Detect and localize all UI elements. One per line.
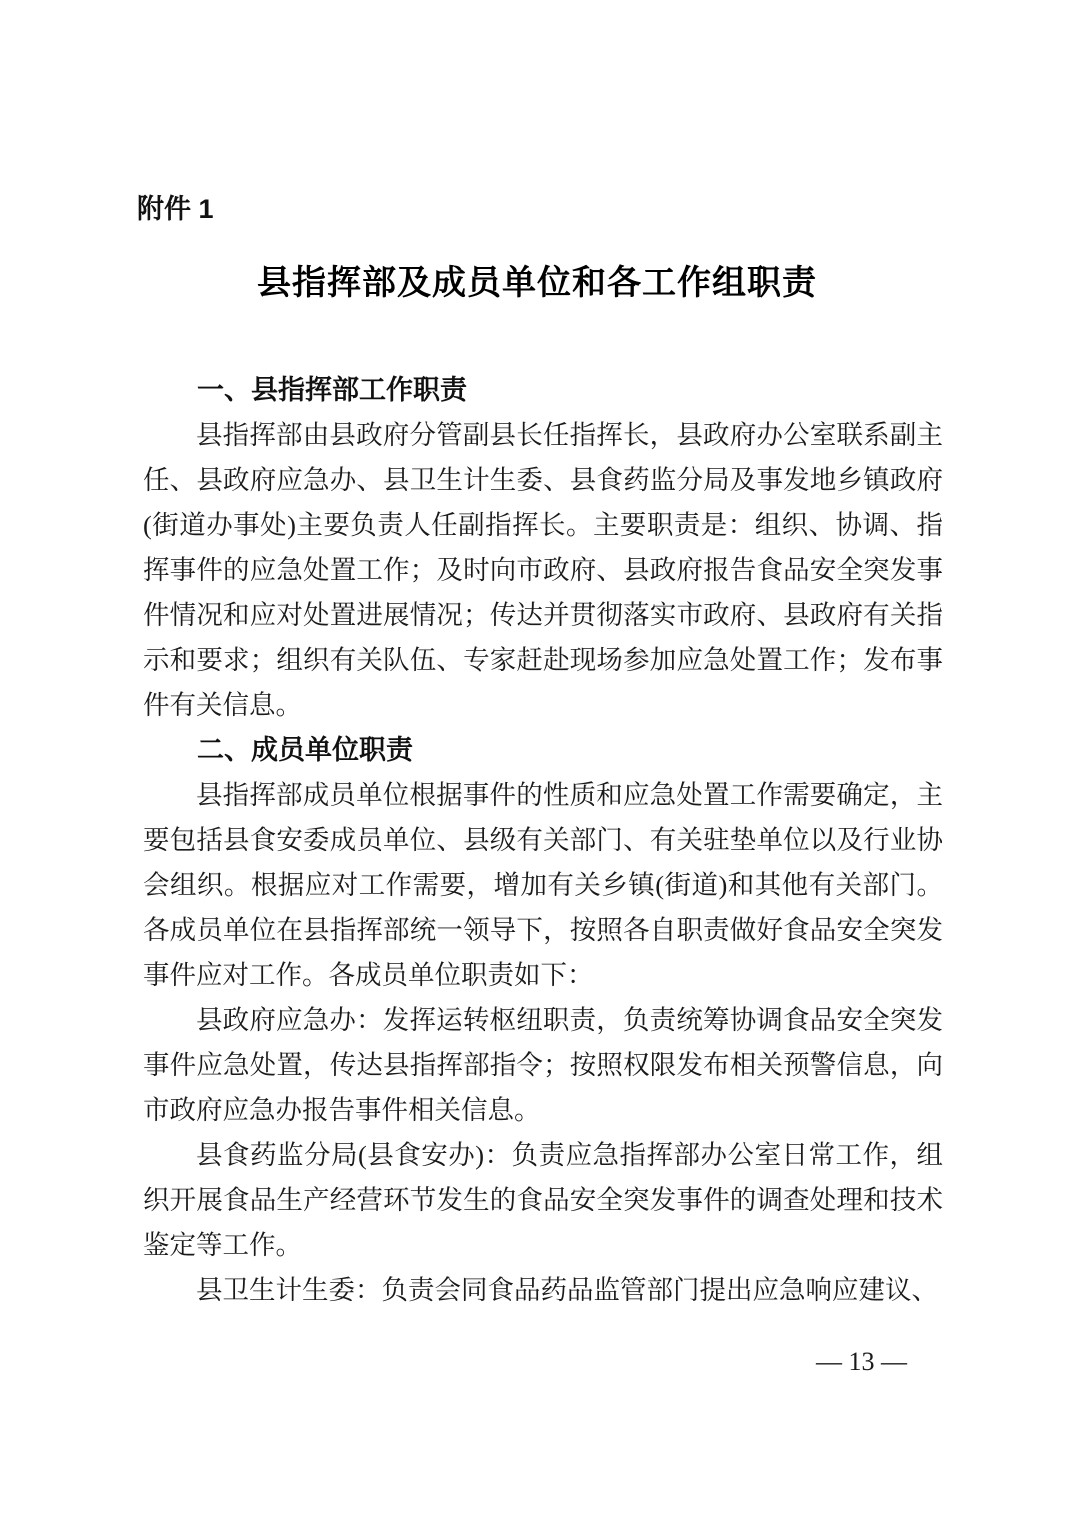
section-heading-command-duties: 一、县指挥部工作职责 bbox=[143, 368, 943, 413]
paragraph-health-family-planning: 县卫生计生委：负责会同食品药品监管部门提出应急响应建议、 bbox=[143, 1268, 943, 1313]
section-heading-member-unit-duties: 二、成员单位职责 bbox=[143, 728, 943, 773]
paragraph-food-drug-branch: 县食药监分局(县食安办)：负责应急指挥部办公室日常工作，组织开展食品生产经营环节… bbox=[143, 1133, 943, 1268]
page-number: — 13 — bbox=[816, 1346, 907, 1378]
paragraph-member-units-overview: 县指挥部成员单位根据事件的性质和应急处置工作需要确定，主要包括县食安委成员单位、… bbox=[143, 773, 943, 998]
paragraph-county-emergency-office: 县政府应急办：发挥运转枢纽职责，负责统筹协调食品安全突发事件应急处置，传达县指挥… bbox=[143, 998, 943, 1133]
paragraph-command-structure: 县指挥部由县政府分管副县长任指挥长，县政府办公室联系副主任、县政府应急办、县卫生… bbox=[143, 413, 943, 728]
document-title: 县指挥部及成员单位和各工作组职责 bbox=[0, 262, 1074, 306]
document-page: 附件 1 县指挥部及成员单位和各工作组职责 一、县指挥部工作职责 县指挥部由县政… bbox=[0, 0, 1074, 1520]
document-body: 一、县指挥部工作职责 县指挥部由县政府分管副县长任指挥长，县政府办公室联系副主任… bbox=[143, 368, 943, 1313]
attachment-label: 附件 1 bbox=[137, 192, 214, 226]
